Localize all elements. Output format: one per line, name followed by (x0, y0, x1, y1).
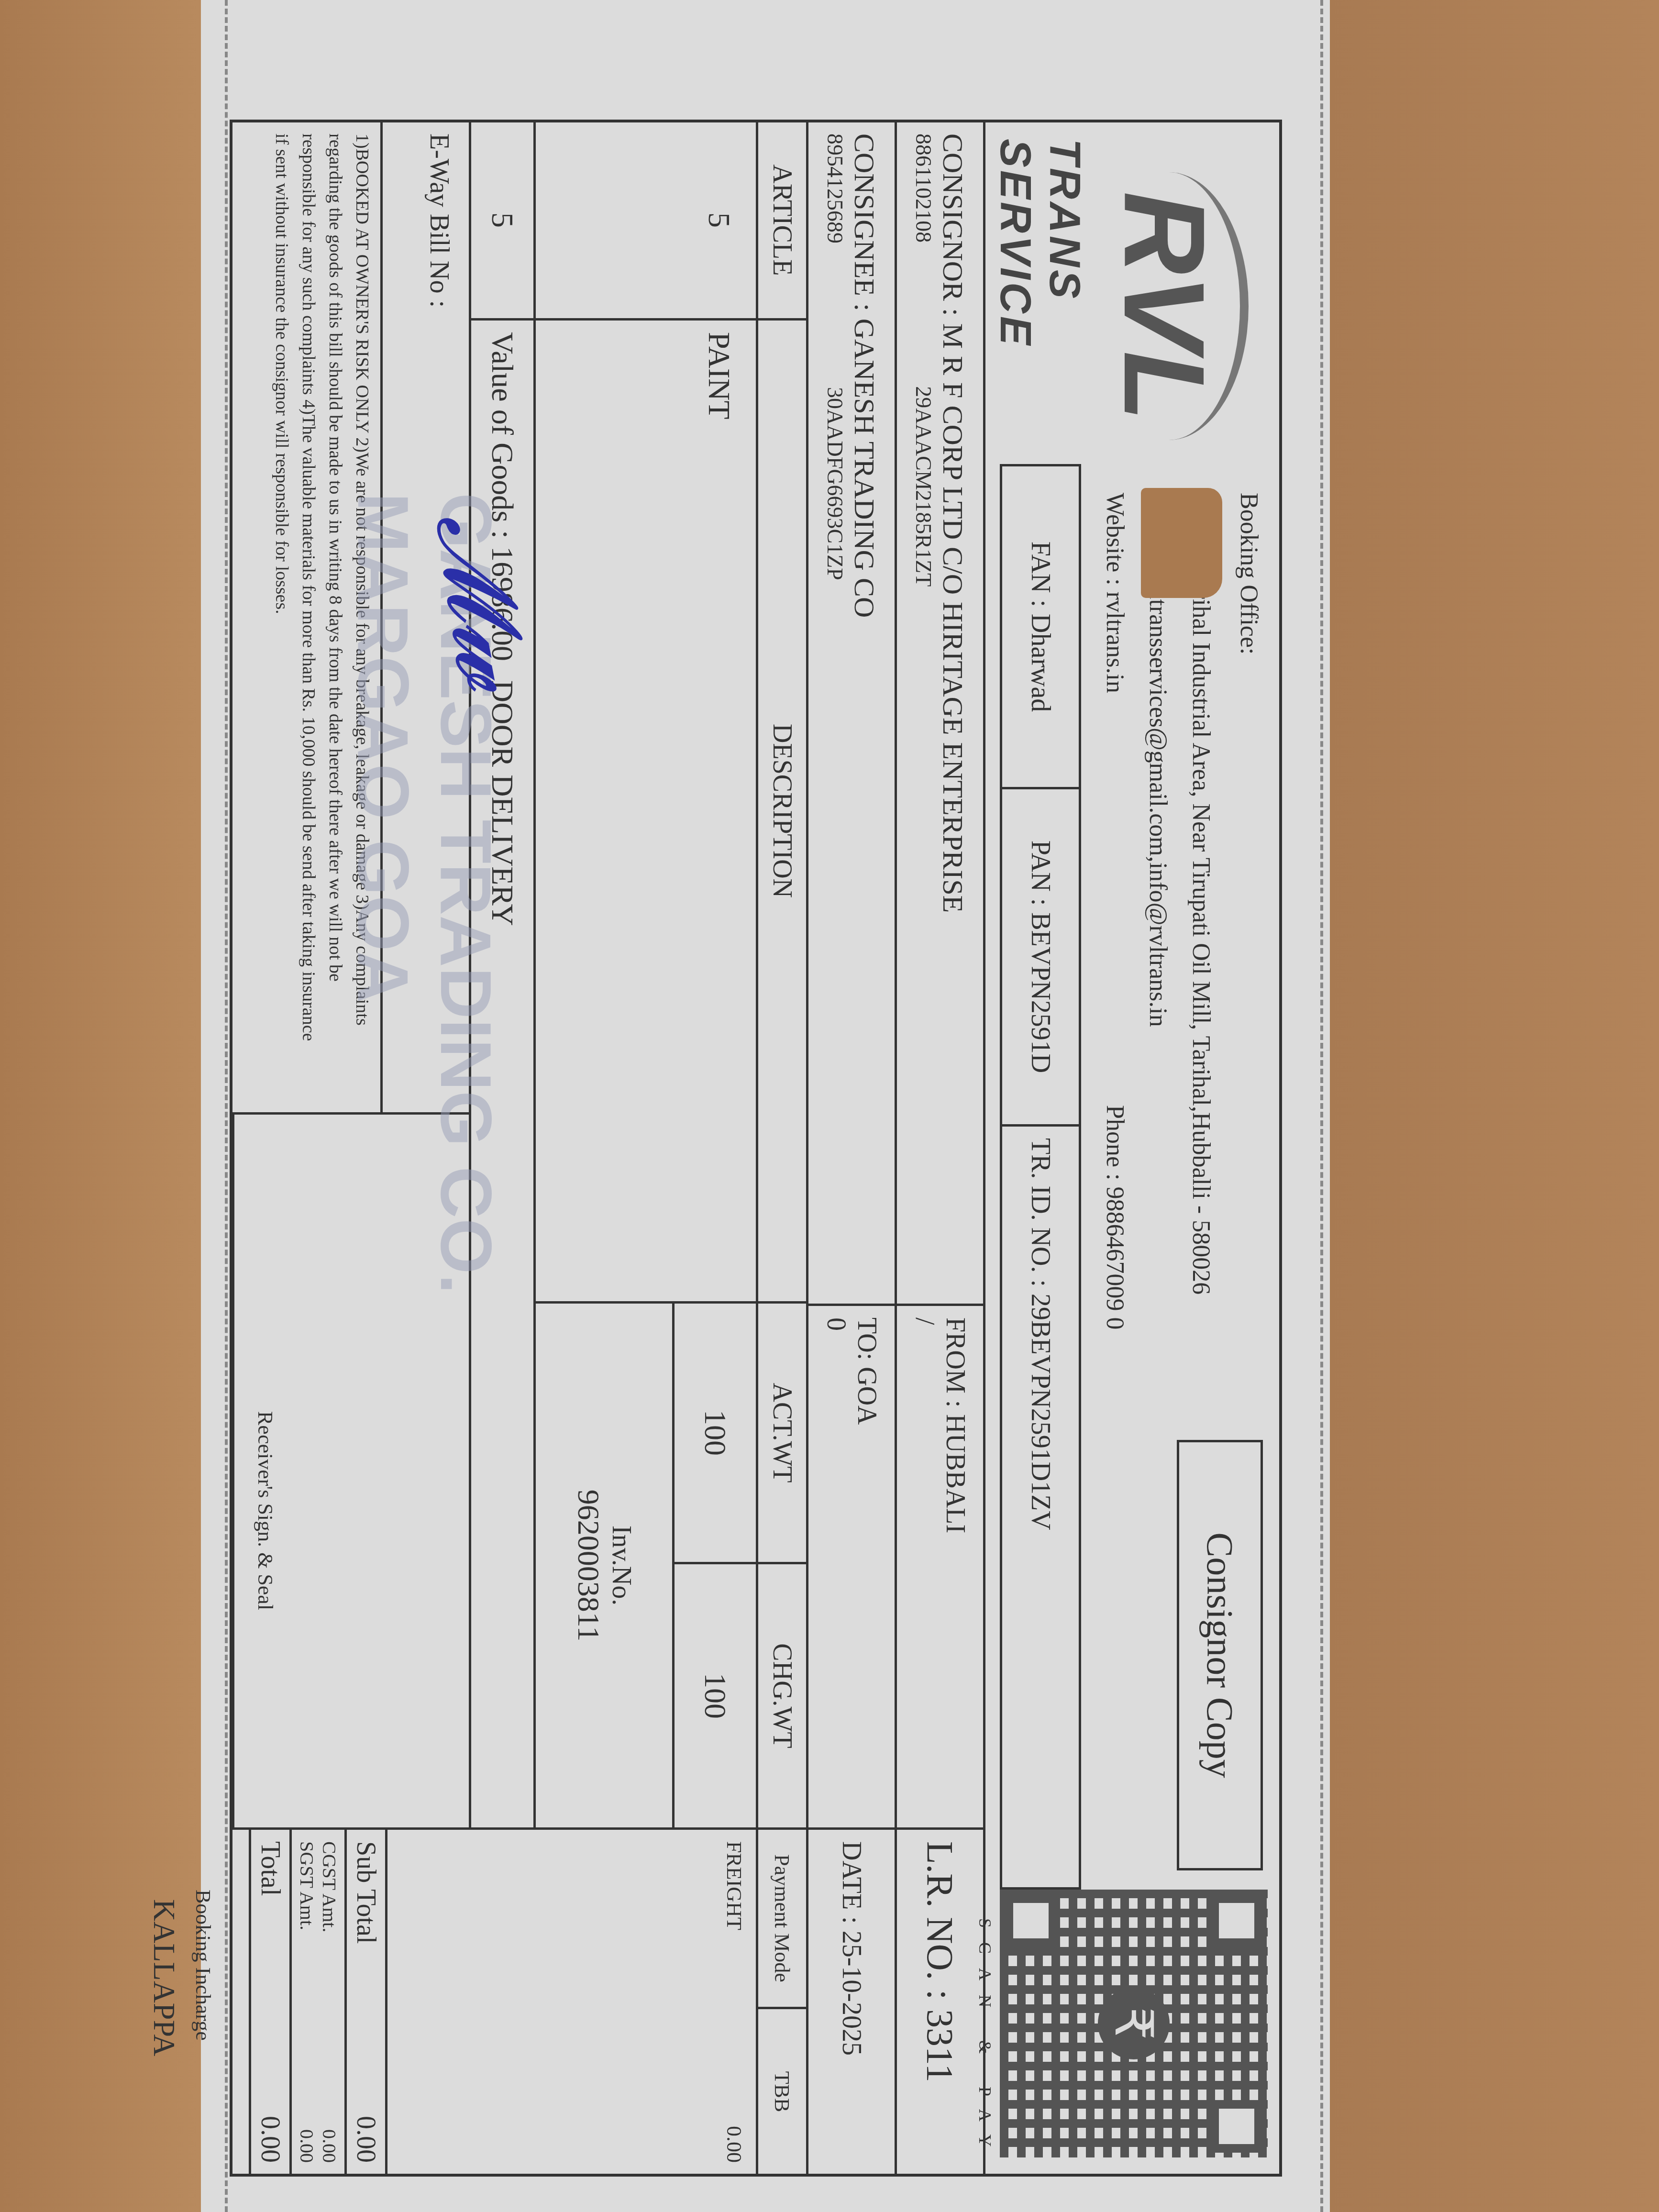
row-chg-wt: 100 (672, 1562, 758, 1830)
total-articles: 5 (469, 120, 536, 321)
booking-incharge-name: KALLAPPA (146, 1899, 182, 2056)
lorry-receipt: RVL TRANS SERVICE Booking Office: No 37,… (230, 120, 1282, 2177)
consignor-name: M R F CORP LTD C/O HIRITAGE ENTERPRISE (937, 323, 969, 913)
row-act-wt: 100 (672, 1301, 758, 1564)
consignee-name: GANESH TRADING CO (849, 319, 880, 618)
total-row: Total0.00 (249, 1827, 292, 2177)
company-logo: RVL TRANS SERVICE (971, 139, 1268, 474)
receiver-sign-label: Receiver's Sign. & Seal (253, 1411, 277, 1610)
col-chg-wt: CHG.WT (756, 1562, 808, 1830)
consignee-block: CONSIGNEE : GANESH TRADING CO 8954125689… (806, 120, 897, 1306)
rupee-icon: ₹ (1098, 1988, 1170, 2059)
freight-label: FREIGHT (722, 1841, 746, 1930)
paper-tear (1141, 488, 1222, 598)
col-article: ARTICLE (756, 120, 808, 321)
route-to: TO: GOA 0 (806, 1304, 897, 1830)
consignor-label: CONSIGNOR : (937, 133, 969, 316)
pan-field: PAN : BEVPN2591D (1000, 787, 1081, 1127)
invoice-block: Inv.No. 9620003811 (533, 1301, 675, 1830)
col-act-wt: ACT.WT (756, 1301, 808, 1564)
fan-field: FAN : Dharwad (1000, 464, 1081, 789)
col-description: DESCRIPTION (756, 318, 808, 1304)
lr-number: L.R. NO. : 3311 (895, 1827, 985, 2177)
freight-block: FREIGHT 0.00 (385, 1827, 758, 2177)
booking-office-label: Booking Office: (1235, 493, 1263, 654)
consignor-gstin: 29AAACM2185R1ZT (911, 386, 936, 586)
row-description: PAINT (533, 318, 758, 1304)
perforation-left (225, 0, 228, 2212)
invoice-number: 9620003811 (571, 1490, 607, 1642)
payment-mode-label: Payment Mode (756, 1827, 808, 2009)
tax-rows: CGST Amt.0.00 SGST Amt.0.00 (289, 1827, 347, 2177)
brand-subtitle: TRANS SERVICE (990, 139, 1089, 474)
freight-value: 0.00 (722, 2126, 746, 2163)
consignor-block: CONSIGNOR : M R F CORP LTD C/O HIRITAGE … (895, 120, 985, 1306)
invoice-label: Inv.No. (607, 1526, 637, 1605)
payment-qr-code[interactable]: ₹ (1000, 1890, 1268, 2157)
consignee-gstin: 30AADFG6693C1ZP (822, 387, 848, 580)
consignor-phone: 8861102108 (911, 133, 936, 243)
consignee-label: CONSIGNEE : (849, 133, 880, 311)
company-phone: Phone : 9886467009 0 (1101, 1105, 1129, 1329)
payment-mode-value: TBB (756, 2007, 808, 2177)
lr-date: DATE : 25-10-2025 (806, 1827, 897, 2177)
company-website: Website : rvltrans.in (1101, 493, 1129, 693)
tr-id-field: TR. ID. NO. : 29BEVPN2591D1ZV (1000, 1124, 1081, 1890)
route-from: FROM : HUBBALI / (895, 1304, 985, 1830)
brand-mark: RVL (1089, 172, 1249, 440)
consignee-phone: 8954125689 (822, 133, 848, 243)
booking-incharge-label: Booking Incharge (191, 1890, 215, 2041)
sub-total-row: Sub Total0.00 (344, 1827, 387, 2177)
perforation-right (1320, 0, 1323, 2212)
row-article: 5 (533, 120, 758, 321)
company-address: No 37, Tarihal Industrial Area, Near Tir… (1187, 493, 1215, 1294)
copy-label: Consignor Copy (1177, 1440, 1263, 1870)
